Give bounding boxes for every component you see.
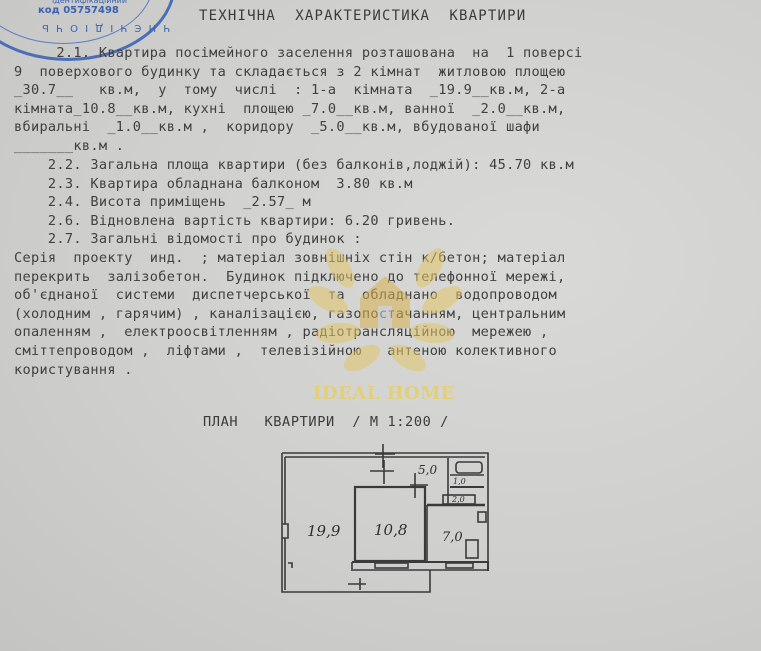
plan-title: ПЛАН КВАРТИРИ / М 1:200 / [203, 414, 449, 430]
text-line: _______кв.м . [14, 137, 124, 155]
text-line: об'єднаної системи диспетчерської та обл… [14, 286, 557, 304]
text-line: вбиральні _1.0__кв.м , коридору _5.0__кв… [14, 118, 540, 136]
technical-passport-page: ідентифікаційний код 05757498 Ч Н Є Ч І … [0, 0, 761, 651]
text-line: (холодним , гарячим) , каналізацією, газ… [14, 305, 565, 323]
text-line: 2.4. Висота приміщень _2.57_ м [14, 193, 311, 211]
floor-plan-drawing: 19,9 10,8 7,0 5,0 1,0 2,0 [270, 440, 500, 600]
watermark-text: IDEAL HOME [304, 383, 464, 404]
text-line: користування . [14, 361, 133, 379]
text-line: _30.7__ кв.м, у тому числі : 1-а кімната… [14, 81, 565, 99]
room-label-19-9: 19,9 [307, 522, 341, 540]
room-label-toilet-1-0: 1,0 [453, 477, 466, 486]
room-label-kitchen-7-0: 7,0 [442, 530, 463, 545]
room-label-10-8: 10,8 [374, 521, 407, 539]
stamp-code: код 05757498 [38, 5, 119, 16]
text-line: перекрить залізобетон. Будинок підключен… [14, 268, 565, 286]
text-line: сміттепроводом , ліфтами , телевізійною … [14, 342, 557, 360]
text-line: 9 поверхового будинку та складається з 2… [14, 63, 565, 81]
document-title: ТЕХНІЧНА ХАРАКТЕРИСТИКА КВАРТИРИ [199, 8, 526, 24]
text-line: 2.1. Квартира посімейного заселення розт… [14, 44, 582, 62]
stamp-arc-text: Ч Н Є Ч І Д І О Ч Ь [40, 22, 170, 33]
ideal-home-watermark-laurel-icon [300, 228, 470, 388]
text-line: кімната_10.8__кв.м, кухні площею _7.0__к… [14, 100, 565, 118]
text-line: Серія проекту инд. ; матеріал зовнішніх … [14, 249, 565, 267]
text-line: 2.3. Квартира обладнана балконом 3.80 кв… [14, 175, 413, 193]
room-label-corridor-5-0: 5,0 [418, 463, 437, 477]
room-label-bath-2-0: 2,0 [451, 495, 465, 504]
text-line: 2.2. Загальна площа квартири (без балкон… [14, 156, 574, 174]
